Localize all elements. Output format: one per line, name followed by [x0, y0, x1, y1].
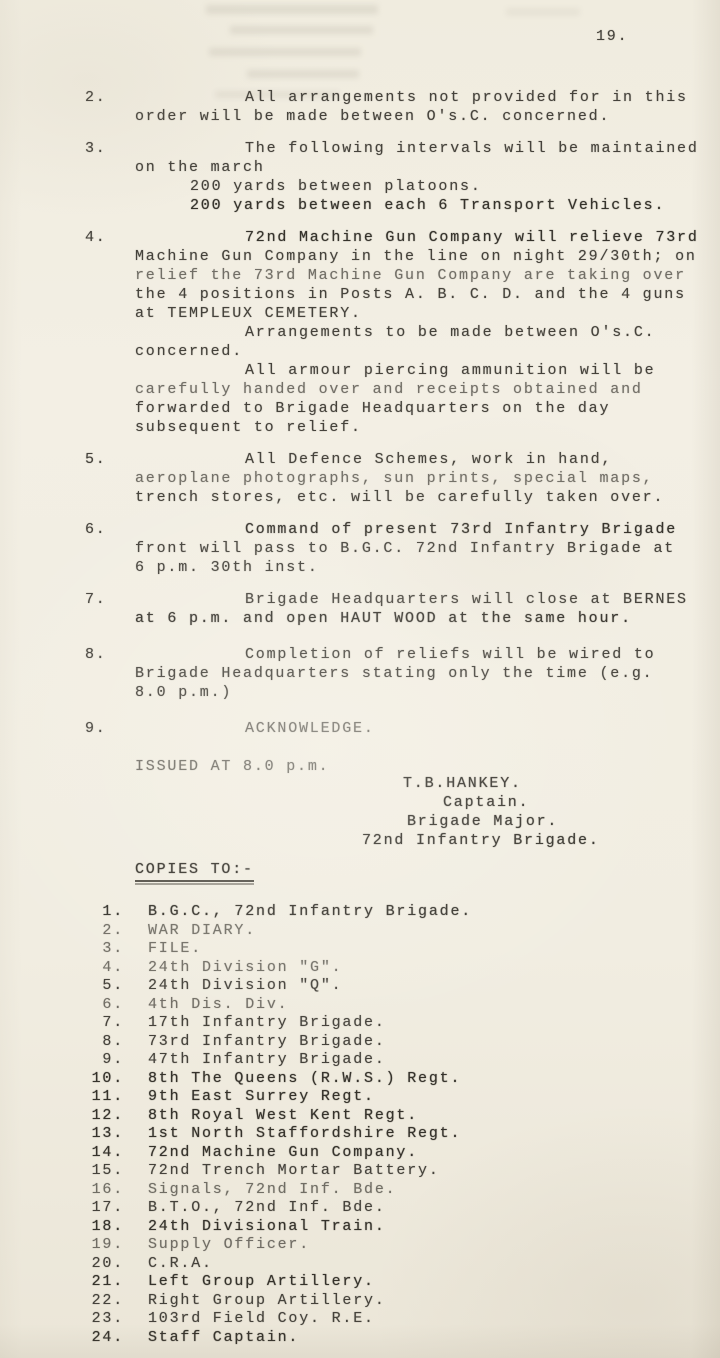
copies-item: 16.Signals, 72nd Inf. Bde. [70, 1181, 720, 1200]
page-number: 19. [596, 27, 720, 46]
text-line: on the march [135, 158, 720, 177]
copies-item-number: 6. [70, 996, 124, 1015]
copies-item-number: 2. [70, 922, 124, 941]
scanned-order-page: 19. 2. All arrangements not provided for… [0, 0, 720, 1358]
signature-rank: Captain. [443, 793, 720, 812]
text-line: 72nd Machine Gun Company will relieve 73… [135, 228, 720, 247]
copies-item-number: 5. [70, 977, 124, 996]
signature-name: T.B.HANKEY. [403, 774, 720, 793]
text-line: at TEMPLEUX CEMETERY. [135, 304, 720, 323]
paragraph-5: 5. All Defence Schemes, work in hand, ae… [135, 450, 720, 507]
copies-item-label: FILE. [148, 940, 202, 957]
copies-item-number: 23. [70, 1310, 124, 1329]
text-line: trench stores, etc. will be carefully ta… [135, 488, 720, 507]
copies-item-label: B.T.O., 72nd Inf. Bde. [148, 1199, 386, 1216]
copies-item-label: 8th Royal West Kent Regt. [148, 1107, 418, 1124]
copies-item-label: 24th Divisional Train. [148, 1218, 386, 1235]
copies-item-number: 15. [70, 1162, 124, 1181]
copies-item-label: 1st North Staffordshire Regt. [148, 1125, 461, 1142]
copies-item-label: Right Group Artillery. [148, 1292, 386, 1309]
text-line: order will be made between O's.C. concer… [135, 107, 720, 126]
copies-item-label: 9th East Surrey Regt. [148, 1088, 375, 1105]
copies-item: 17.B.T.O., 72nd Inf. Bde. [70, 1199, 720, 1218]
copies-item: 13.1st North Staffordshire Regt. [70, 1125, 720, 1144]
copies-item: 6.4th Dis. Div. [70, 996, 720, 1015]
copies-item: 24.Staff Captain. [70, 1329, 720, 1348]
paragraph-6: 6. Command of present 73rd Infantry Brig… [135, 520, 720, 577]
text-line: 6 p.m. 30th inst. [135, 558, 720, 577]
text-line: relief the 73rd Machine Gun Company are … [135, 266, 720, 285]
copies-item: 11.9th East Surrey Regt. [70, 1088, 720, 1107]
copies-item-number: 4. [70, 959, 124, 978]
copies-item-label: 24th Division "G". [148, 959, 342, 976]
copies-item: 20.C.R.A. [70, 1255, 720, 1274]
signature-block: T.B.HANKEY. Captain. Brigade Major. 72nd… [0, 774, 720, 850]
copies-item: 1.B.G.C., 72nd Infantry Brigade. [70, 903, 720, 922]
text-line: at 6 p.m. and open HAUT WOOD at the same… [135, 609, 720, 628]
copies-item-label: C.R.A. [148, 1255, 213, 1272]
page-content: 19. 2. All arrangements not provided for… [0, 0, 720, 1347]
copies-item-label: 72nd Trench Mortar Battery. [148, 1162, 440, 1179]
copies-item-label: 4th Dis. Div. [148, 996, 288, 1013]
copies-item-label: 47th Infantry Brigade. [148, 1051, 386, 1068]
copies-heading-label: COPIES TO:- [135, 860, 254, 885]
copies-item-label: 73rd Infantry Brigade. [148, 1033, 386, 1050]
copies-item-number: 20. [70, 1255, 124, 1274]
copies-item-number: 19. [70, 1236, 124, 1255]
signature-unit: 72nd Infantry Brigade. [362, 831, 720, 850]
copies-item-label: 17th Infantry Brigade. [148, 1014, 386, 1031]
copies-item-label: Left Group Artillery. [148, 1273, 375, 1290]
copies-item: 4.24th Division "G". [70, 959, 720, 978]
text-line: the 4 positions in Posts A. B. C. D. and… [135, 285, 720, 304]
text-line: Completion of reliefs will be wired to [135, 645, 720, 664]
copies-item: 18.24th Divisional Train. [70, 1218, 720, 1237]
signature-role: Brigade Major. [407, 812, 720, 831]
text-line: front will pass to B.G.C. 72nd Infantry … [135, 539, 720, 558]
copies-item: 2.WAR DIARY. [70, 922, 720, 941]
copies-item-number: 12. [70, 1107, 124, 1126]
copies-item: 19.Supply Officer. [70, 1236, 720, 1255]
copies-heading: COPIES TO:- [135, 860, 720, 885]
copies-item-number: 1. [70, 903, 124, 922]
copies-item: 22.Right Group Artillery. [70, 1292, 720, 1311]
copies-item-number: 24. [70, 1329, 124, 1348]
copies-item-label: Staff Captain. [148, 1329, 299, 1346]
paragraph-2: 2. All arrangements not provided for in … [135, 88, 720, 126]
copies-item-label: 24th Division "Q". [148, 977, 342, 994]
order-paragraphs: 2. All arrangements not provided for in … [0, 88, 720, 738]
text-line: forwarded to Brigade Headquarters on the… [135, 399, 720, 418]
paragraph-number: 5. [85, 450, 107, 469]
paragraph-9: 9. ACKNOWLEDGE. [135, 719, 720, 738]
copies-item-number: 8. [70, 1033, 124, 1052]
paragraph-8: 8. Completion of reliefs will be wired t… [135, 645, 720, 702]
text-line: The following intervals will be maintain… [135, 139, 720, 158]
copies-item: 12.8th Royal West Kent Regt. [70, 1107, 720, 1126]
copies-item-number: 10. [70, 1070, 124, 1089]
copies-item-number: 11. [70, 1088, 124, 1107]
paragraph-3: 3. The following intervals will be maint… [135, 139, 720, 215]
copies-item: 7.17th Infantry Brigade. [70, 1014, 720, 1033]
copies-item: 14.72nd Machine Gun Company. [70, 1144, 720, 1163]
text-line: concerned. [135, 342, 720, 361]
copies-item-number: 3. [70, 940, 124, 959]
paragraph-number: 6. [85, 520, 107, 539]
text-line: Brigade Headquarters stating only the ti… [135, 664, 720, 683]
text-line: All armour piercing ammunition will be [135, 361, 720, 380]
copies-item-label: Supply Officer. [148, 1236, 310, 1253]
copies-item-label: 72nd Machine Gun Company. [148, 1144, 418, 1161]
text-line: 200 yards between platoons. [135, 177, 720, 196]
copies-item-number: 18. [70, 1218, 124, 1237]
text-line: 200 yards between each 6 Transport Vehic… [135, 196, 720, 215]
text-line: Arrangements to be made between O's.C. [135, 323, 720, 342]
paragraph-number: 4. [85, 228, 107, 247]
paragraph-number: 9. [85, 719, 107, 738]
text-line: Machine Gun Company in the line on night… [135, 247, 720, 266]
copies-item: 8.73rd Infantry Brigade. [70, 1033, 720, 1052]
copies-item-number: 17. [70, 1199, 124, 1218]
copies-item-label: WAR DIARY. [148, 922, 256, 939]
copies-item-number: 13. [70, 1125, 124, 1144]
copies-item: 15.72nd Trench Mortar Battery. [70, 1162, 720, 1181]
copies-item: 23.103rd Field Coy. R.E. [70, 1310, 720, 1329]
copies-item-number: 14. [70, 1144, 124, 1163]
copies-item: 9.47th Infantry Brigade. [70, 1051, 720, 1070]
paragraph-number: 8. [85, 645, 107, 664]
copies-item-number: 16. [70, 1181, 124, 1200]
copies-item: 3.FILE. [70, 940, 720, 959]
paragraph-7: 7. Brigade Headquarters will close at BE… [135, 590, 720, 628]
paragraph-4: 4. 72nd Machine Gun Company will relieve… [135, 228, 720, 437]
text-line: aeroplane photographs, sun prints, speci… [135, 469, 720, 488]
copies-item-label: Signals, 72nd Inf. Bde. [148, 1181, 396, 1198]
paragraph-number: 2. [85, 88, 107, 107]
copies-item-label: 8th The Queens (R.W.S.) Regt. [148, 1070, 461, 1087]
text-line: Brigade Headquarters will close at BERNE… [135, 590, 720, 609]
paragraph-number: 3. [85, 139, 107, 158]
copies-item-label: B.G.C., 72nd Infantry Brigade. [148, 903, 472, 920]
text-line: subsequent to relief. [135, 418, 720, 437]
text-line: All Defence Schemes, work in hand, [135, 450, 720, 469]
copies-item-number: 21. [70, 1273, 124, 1292]
copies-item-number: 9. [70, 1051, 124, 1070]
text-line: carefully handed over and receipts obtai… [135, 380, 720, 399]
issued-line: ISSUED AT 8.0 p.m. [135, 757, 720, 776]
copies-item: 21.Left Group Artillery. [70, 1273, 720, 1292]
text-line: 8.0 p.m.) [135, 683, 720, 702]
text-line: All arrangements not provided for in thi… [135, 88, 720, 107]
copies-item-number: 22. [70, 1292, 124, 1311]
paragraph-number: 7. [85, 590, 107, 609]
copies-item-label: 103rd Field Coy. R.E. [148, 1310, 375, 1327]
text-line: ACKNOWLEDGE. [135, 719, 720, 738]
text-line: Command of present 73rd Infantry Brigade [135, 520, 720, 539]
copies-item: 5.24th Division "Q". [70, 977, 720, 996]
copies-item-number: 7. [70, 1014, 124, 1033]
copies-list: 1.B.G.C., 72nd Infantry Brigade. 2.WAR D… [0, 903, 720, 1347]
copies-item: 10.8th The Queens (R.W.S.) Regt. [70, 1070, 720, 1089]
